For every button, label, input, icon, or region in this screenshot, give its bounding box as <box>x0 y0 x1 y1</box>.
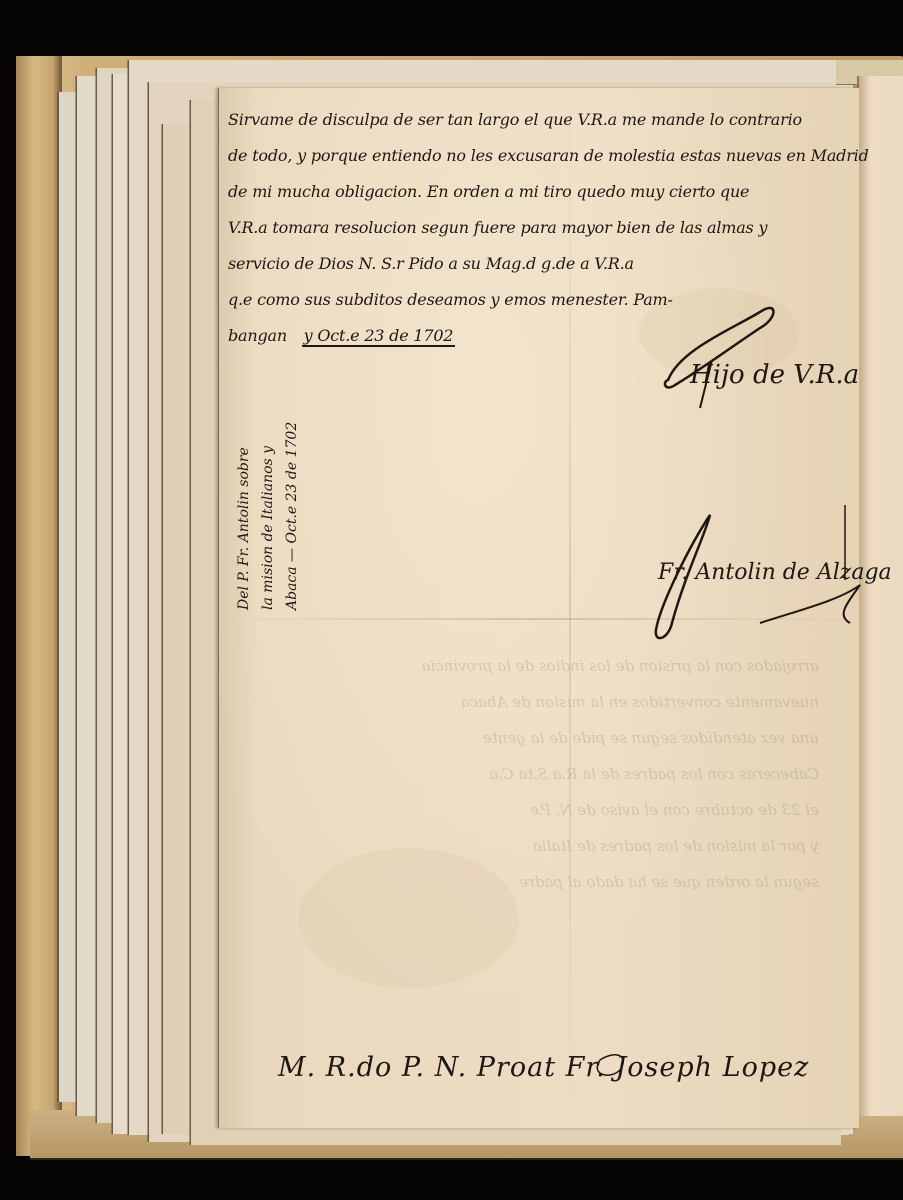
letter-line: de todo, y porque entiendo no les excusa… <box>228 138 858 174</box>
letter-line: V.R.a tomara resolucion segun fuere para… <box>228 210 858 246</box>
margin-note: Del P. Fr. Antolin sobre la mision de It… <box>232 422 304 610</box>
closing-flourish <box>660 300 780 410</box>
cover-spine-edge <box>16 56 62 1156</box>
manuscript-scan: arrojados con la prision de los indios d… <box>0 0 903 1200</box>
letter-line: de mi mucha obligacion. En orden a mi ti… <box>228 174 858 210</box>
margin-note-line: Abaca — Oct.e 23 de 1702 <box>280 422 304 610</box>
letter-date: y Oct.e 23 de 1702 <box>302 326 456 347</box>
margin-note-line: Del P. Fr. Antolin sobre <box>232 422 256 610</box>
letter-line: servicio de Dios N. S.r Pido a su Mag.d … <box>228 246 858 282</box>
paper-stain <box>299 848 519 988</box>
letter-line: Sirvame de disculpa de ser tan largo el … <box>228 102 858 138</box>
margin-note-line: la mision de Italianos y <box>256 422 280 610</box>
addressee-line: M. R.do P. N. Proat Fr. Joseph Lopez <box>278 1052 809 1083</box>
signature: Fr. Antolin de Alzaga <box>658 560 892 585</box>
place-name: bangan <box>228 326 287 345</box>
closing-salutation: Hijo de V.R.a <box>690 360 859 390</box>
